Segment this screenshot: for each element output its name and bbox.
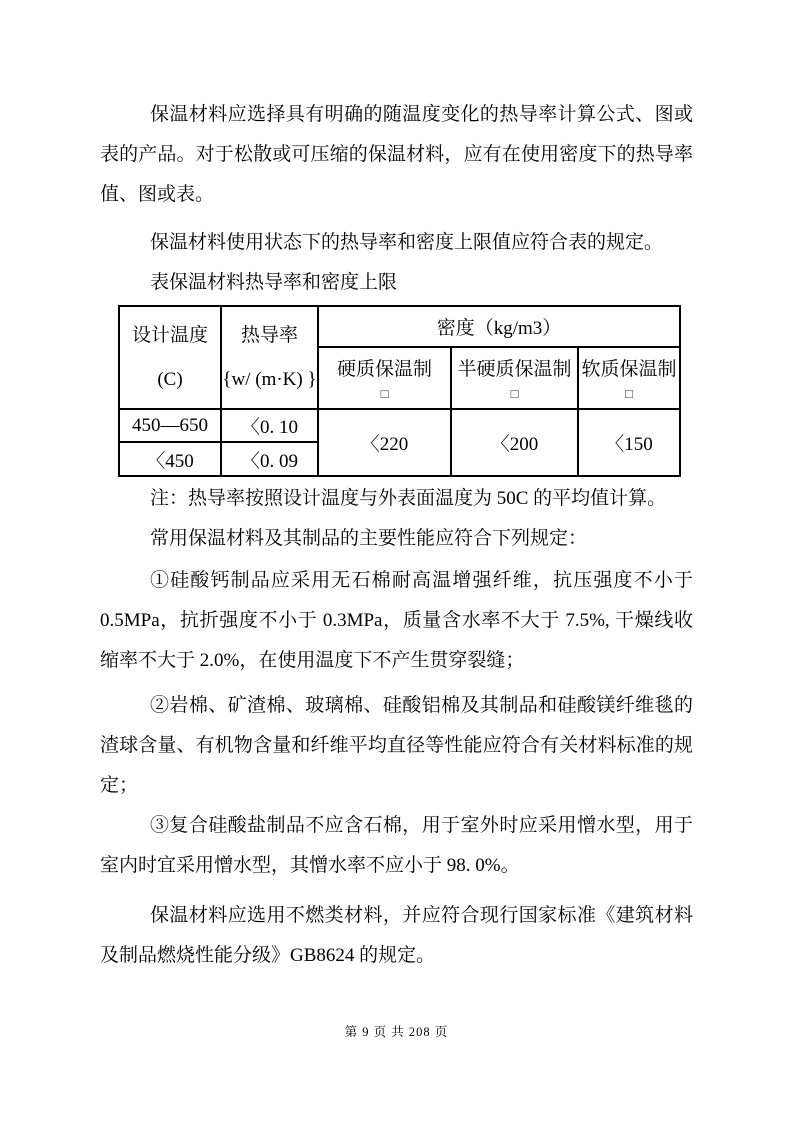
cell-conductivity-2: 〈0. 09 — [221, 442, 318, 476]
header-semirigid-insulation-label: 半硬质保温制 — [452, 352, 577, 383]
paragraph-usage-limit: 保温材料使用状态下的热导率和密度上限值应符合表的规定。 — [100, 223, 693, 263]
header-thermal-conductivity-label: 热导率 — [222, 314, 317, 358]
header-rigid-insulation-label: 硬质保温制 — [319, 352, 450, 383]
cell-density-semirigid: 〈200 — [451, 409, 578, 476]
cell-density-rigid: 〈220 — [318, 409, 451, 476]
header-thermal-conductivity: 热导率 {w/ (m·K) } — [221, 306, 318, 409]
header-soft-insulation: 软质保温制 □ — [578, 347, 680, 409]
cell-temp-range-2: 〈450 — [119, 442, 221, 476]
list-item-1: ①硅酸钙制品应采用无石棉耐高温增强纤维，抗压强度不小于 0.5MPa，抗折强度不… — [100, 561, 693, 681]
table-caption: 表保温材料热导率和密度上限 — [100, 263, 693, 303]
list-item-3: ③复合硅酸盐制品不应含石棉，用于室外时应采用憎水型，用于室内时宜采用憎水型，其憎… — [100, 806, 693, 886]
header-density-group: 密度（kg/m3） — [318, 306, 680, 347]
header-design-temperature: 设计温度 (C) — [119, 306, 221, 409]
header-design-temperature-label: 设计温度 — [120, 314, 220, 358]
paragraph-fire-rating: 保温材料应选用不燃类材料，并应符合现行国家标准《建筑材料及制品燃烧性能分级》GB… — [100, 896, 693, 976]
page-number: 第 9 页 共 208 页 — [0, 1022, 793, 1040]
header-design-temperature-unit: (C) — [120, 358, 220, 402]
header-rigid-insulation: 硬质保温制 □ — [318, 347, 451, 409]
list-item-2: ②岩棉、矿渣棉、玻璃棉、硅酸铝棉及其制品和硅酸镁纤维毯的渣球含量、有机物含量和纤… — [100, 686, 693, 806]
missing-glyph-box: □ — [452, 383, 577, 405]
header-soft-insulation-label: 软质保温制 — [579, 352, 679, 383]
cell-density-soft: 〈150 — [578, 409, 680, 476]
cell-temp-range-1: 450—650 — [119, 409, 221, 442]
cell-conductivity-1: 〈0. 10 — [221, 409, 318, 442]
missing-glyph-box: □ — [319, 383, 450, 405]
document-page: 保温材料应选择具有明确的随温度变化的热导率计算公式、图或表的产品。对于松散或可压… — [0, 0, 793, 1122]
header-thermal-conductivity-unit: {w/ (m·K) } — [222, 358, 317, 402]
table-note: 注：热导率按照设计温度与外表面温度为 50C 的平均值计算。 — [100, 479, 693, 519]
missing-glyph-box: □ — [579, 383, 679, 405]
paragraph-intro: 保温材料应选择具有明确的随温度变化的热导率计算公式、图或表的产品。对于松散或可压… — [100, 95, 693, 215]
paragraph-performance-intro: 常用保温材料及其制品的主要性能应符合下列规定： — [100, 519, 693, 559]
header-semirigid-insulation: 半硬质保温制 □ — [451, 347, 578, 409]
table-row: 450—650 〈0. 10 〈220 〈200 〈150 — [119, 409, 680, 442]
insulation-properties-table: 设计温度 (C) 热导率 {w/ (m·K) } 密度（kg/m3） 硬质保温制… — [118, 305, 681, 477]
